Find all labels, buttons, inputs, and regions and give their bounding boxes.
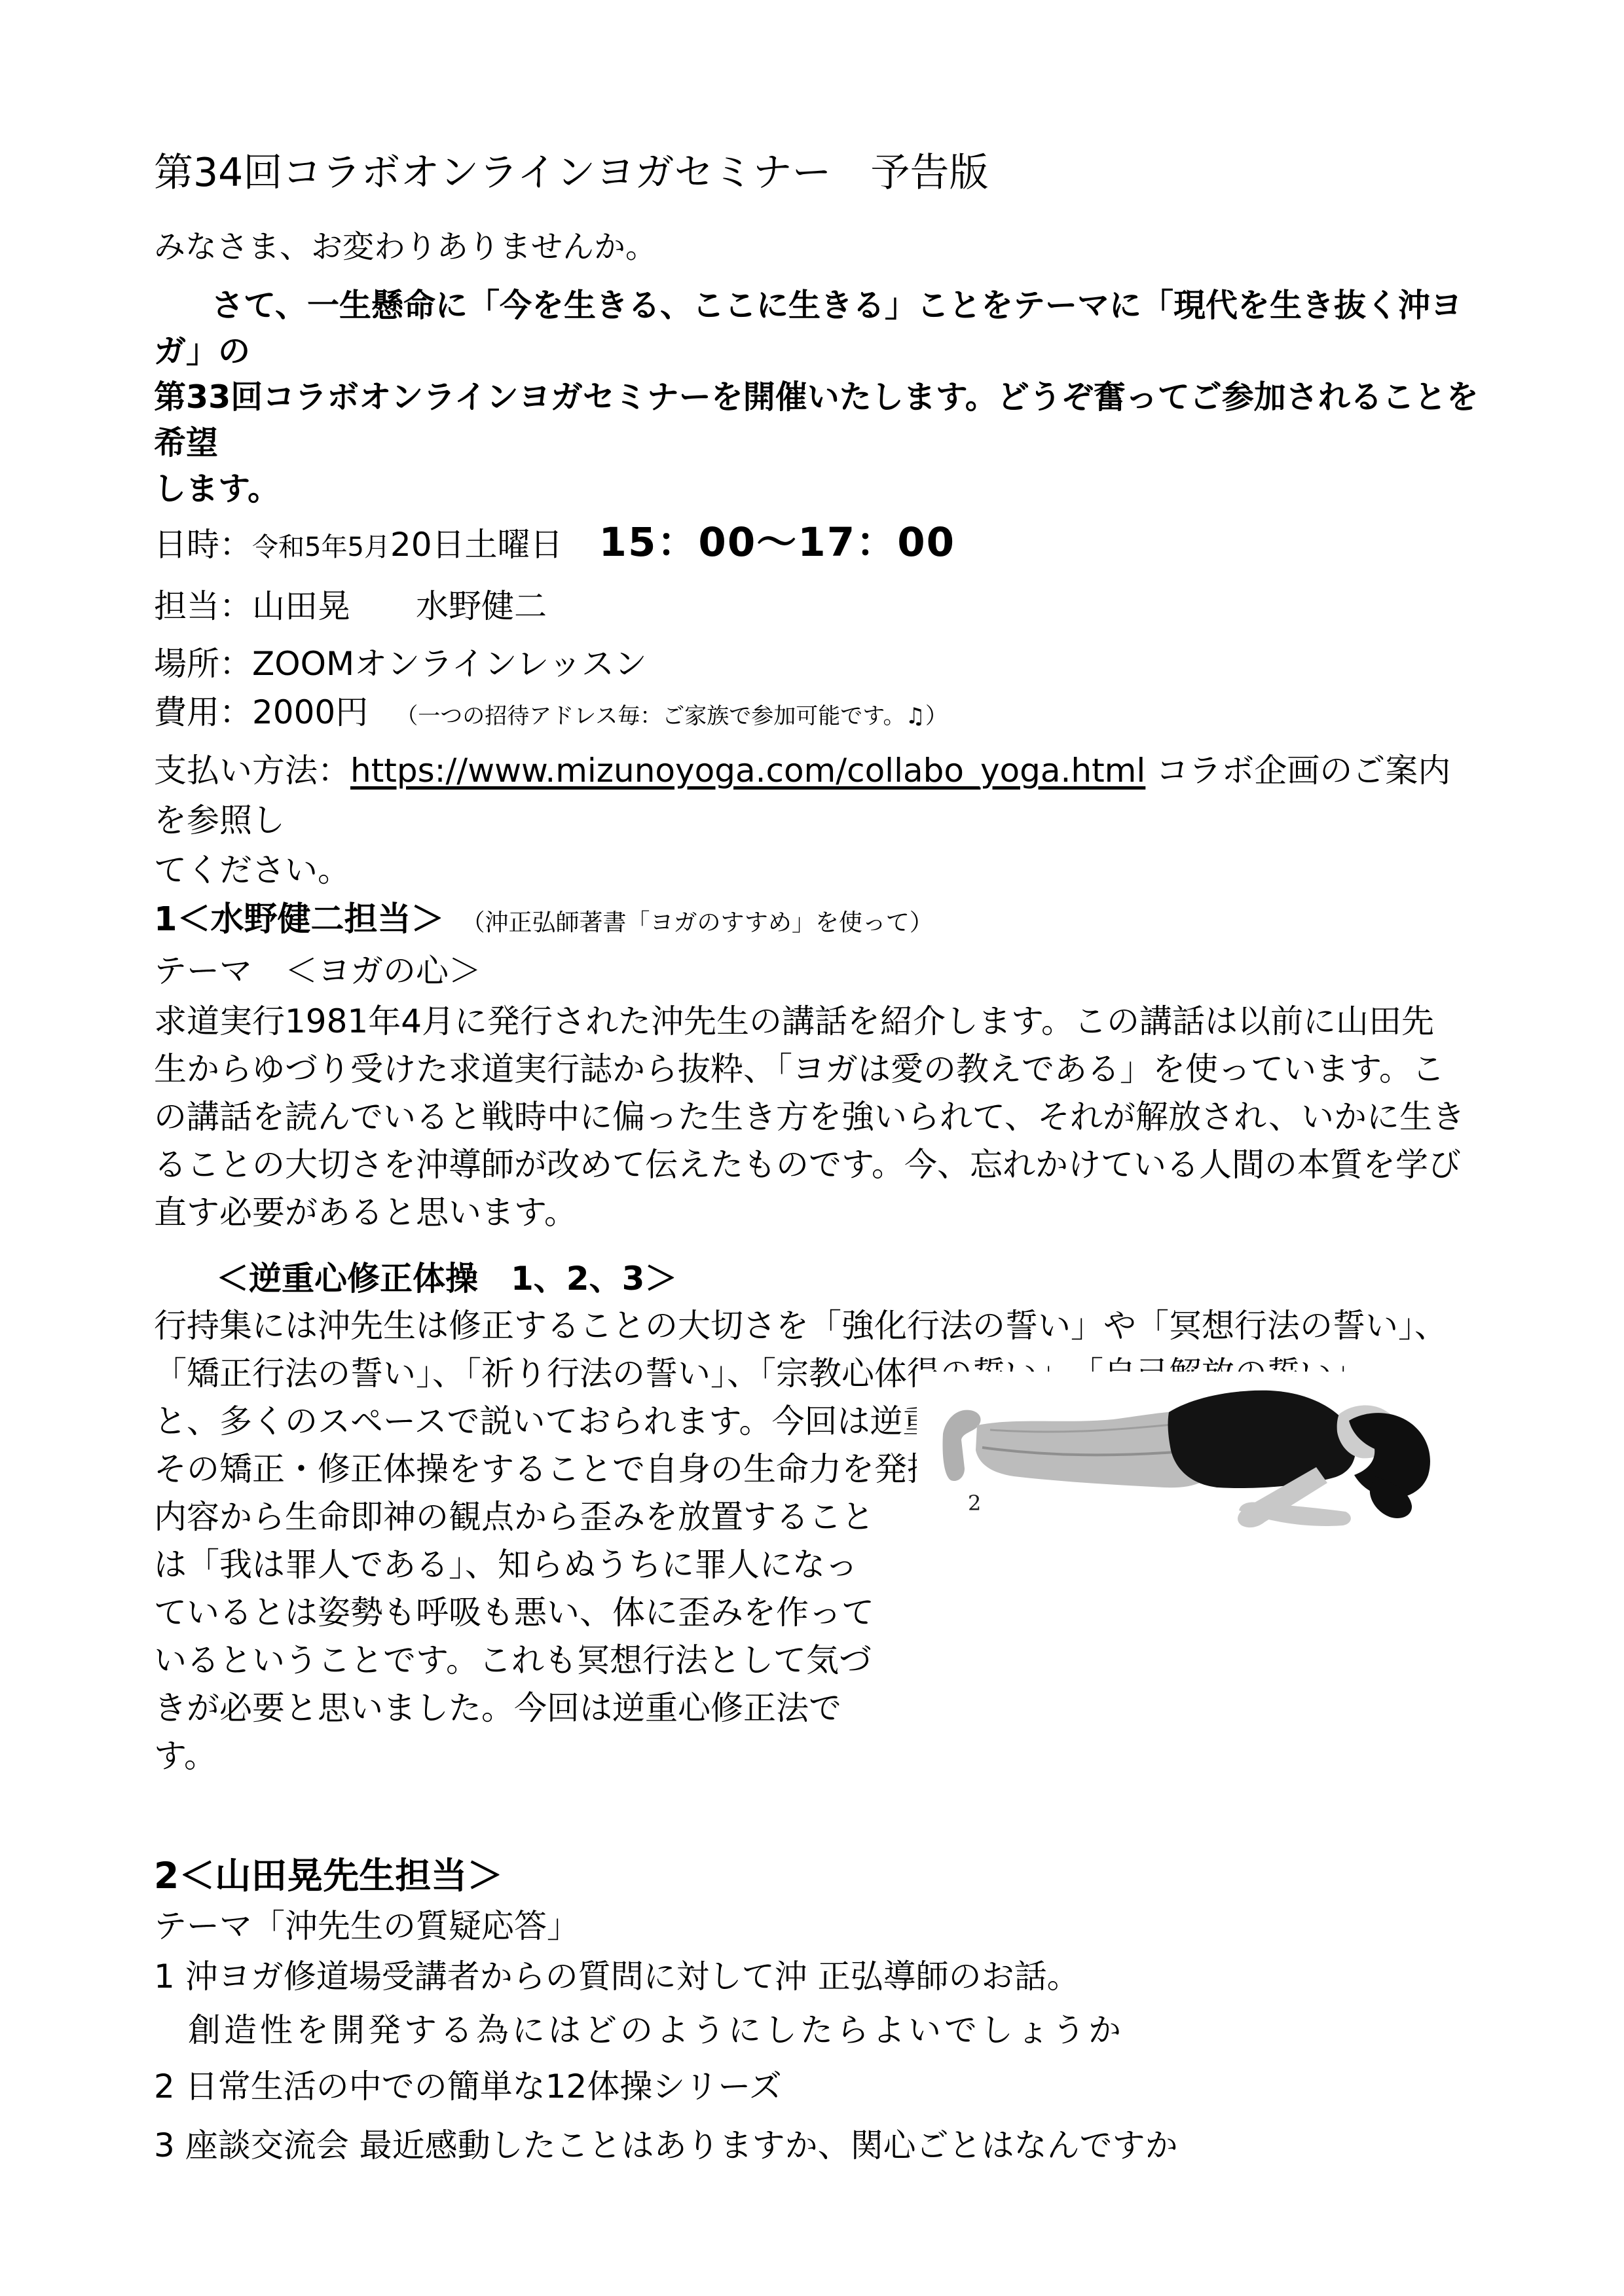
figure-number: 2 bbox=[968, 1491, 981, 1516]
agenda-item: 2 日常生活の中での簡単な12体操シリーズ bbox=[154, 2063, 1483, 2110]
yoga-pose-photo: 2 bbox=[917, 1372, 1493, 1588]
paragraph-line: きが必要と思いました。今回は逆重心修正法で bbox=[154, 1685, 1483, 1732]
payment-line: 支払い方法：https://www.mizunoyoga.com/collabo… bbox=[154, 746, 1483, 845]
fee-note-text: （一つの招待アドレス毎：ご家族で参加可能です。 bbox=[396, 703, 905, 729]
payment-link[interactable]: https://www.mizunoyoga.com/collabo_yoga.… bbox=[350, 752, 1145, 790]
paragraph-line: 生からゆづり受けた求道実行誌から抜粋、「ヨガは愛の教えである」を使っています。こ bbox=[154, 1046, 1483, 1093]
payment-row: 支払い方法：https://www.mizunoyoga.com/collabo… bbox=[154, 746, 1483, 895]
intro-line: 第33回コラボオンラインヨガセミナーを開催いたします。どうぞ奮ってご参加されるこ… bbox=[154, 374, 1483, 466]
datetime-date: 20日土曜日 bbox=[390, 519, 563, 570]
paragraph-line: す。 bbox=[154, 1732, 1483, 1780]
datetime-era: 令和5年5月 bbox=[252, 522, 390, 573]
page-title: 第34回コラボオンラインヨガセミナー 予告版 bbox=[154, 149, 1483, 196]
section1-heading: 1＜水野健二担当＞ （沖正弘師著書「ヨガのすすめ」を使って） bbox=[154, 895, 1483, 948]
intro-line: します。 bbox=[154, 466, 1483, 512]
datetime-row: 日時：令和5年5月20日土曜日15：00～17：00 bbox=[154, 517, 1483, 573]
payment-label: 支払い方法： bbox=[154, 752, 350, 790]
paragraph-line: 直す必要があると思います。 bbox=[154, 1189, 1483, 1237]
reclining-figure-illustration: 2 bbox=[917, 1372, 1493, 1588]
section1-paragraph1: 求道実行1981年4月に発行された沖先生の講話を紹介します。この講話は以前に山田… bbox=[154, 998, 1483, 1237]
fee-row: 費用：2000円 （一つの招待アドレス毎：ご家族で参加可能です。♫） bbox=[154, 689, 1483, 739]
paragraph-line: いるということです。これも冥想行法として気づ bbox=[154, 1637, 1483, 1685]
paragraph-line: 求道実行1981年4月に発行された沖先生の講話を紹介します。この講話は以前に山田… bbox=[154, 998, 1483, 1046]
intro-paragraph: さて、一生懸命に「今を生きる、ここに生きる」ことをテーマに「現代を生き抜く沖ヨガ… bbox=[154, 283, 1483, 512]
exercise-subheading: ＜逆重心修正体操 1、2、3＞ bbox=[154, 1255, 1483, 1302]
document-page: 第34回コラボオンラインヨガセミナー 予告版 みなさま、お変わりありませんか。 … bbox=[0, 0, 1624, 2296]
agenda-item: 3 座談交流会 最近感動したことはありますか、関心ごとはなんですか bbox=[154, 2122, 1483, 2169]
section1-heading-title: 1＜水野健二担当＞ bbox=[154, 895, 445, 945]
staff-row: 担当：山田晃 水野健二 bbox=[154, 583, 1483, 629]
music-note-icon: ♫ bbox=[906, 703, 925, 729]
agenda-item: 1 沖ヨガ修道場受講者からの質問に対して沖 正弘導師のお話。 bbox=[154, 1953, 1483, 2000]
intro-line: さて、一生懸命に「今を生きる、ここに生きる」ことをテーマに「現代を生き抜く沖ヨガ… bbox=[154, 283, 1483, 374]
section2-heading: 2＜山田晃先生担当＞ bbox=[154, 1848, 1483, 1903]
document-content: 第34回コラボオンラインヨガセミナー 予告版 みなさま、お変わりありませんか。 … bbox=[154, 149, 1483, 2169]
payment-line: てください。 bbox=[154, 845, 1483, 895]
fee-amount: 費用：2000円 bbox=[154, 689, 368, 735]
datetime-label: 日時： bbox=[154, 519, 252, 570]
paragraph-line: ているとは姿勢も呼吸も悪い、体に歪みを作って bbox=[154, 1589, 1483, 1637]
greeting-text: みなさま、お変わりありませんか。 bbox=[154, 224, 1483, 270]
datetime-time: 15：00～17：00 bbox=[599, 517, 956, 568]
section1-heading-note: （沖正弘師著書「ヨガのすすめ」を使って） bbox=[462, 898, 933, 948]
paragraph-line: 行持集には沖先生は修正することの大切さを「強化行法の誓い」や「冥想行法の誓い」、 bbox=[154, 1302, 1483, 1350]
place-row: 場所：ZOOMオンラインレッスン bbox=[154, 641, 1483, 687]
section2-theme: テーマ「沖先生の質疑応答」 bbox=[154, 1903, 1483, 1949]
fee-note-close: ） bbox=[925, 703, 948, 729]
fee-note: （一つの招待アドレス毎：ご家族で参加可能です。♫） bbox=[396, 693, 948, 739]
section1-theme: テーマ ＜ヨガの心＞ bbox=[154, 948, 1483, 994]
paragraph-line: ることの大切さを沖導師が改めて伝えたものです。今、忘れかけている人間の本質を学び bbox=[154, 1141, 1483, 1189]
agenda-item-question: 創造性を開発する為にはどのようにしたらよいでしょうか bbox=[154, 2007, 1483, 2054]
paragraph-line: の講話を読んでいると戦時中に偏った生き方を強いられて、それが解放され、いかに生き bbox=[154, 1093, 1483, 1141]
